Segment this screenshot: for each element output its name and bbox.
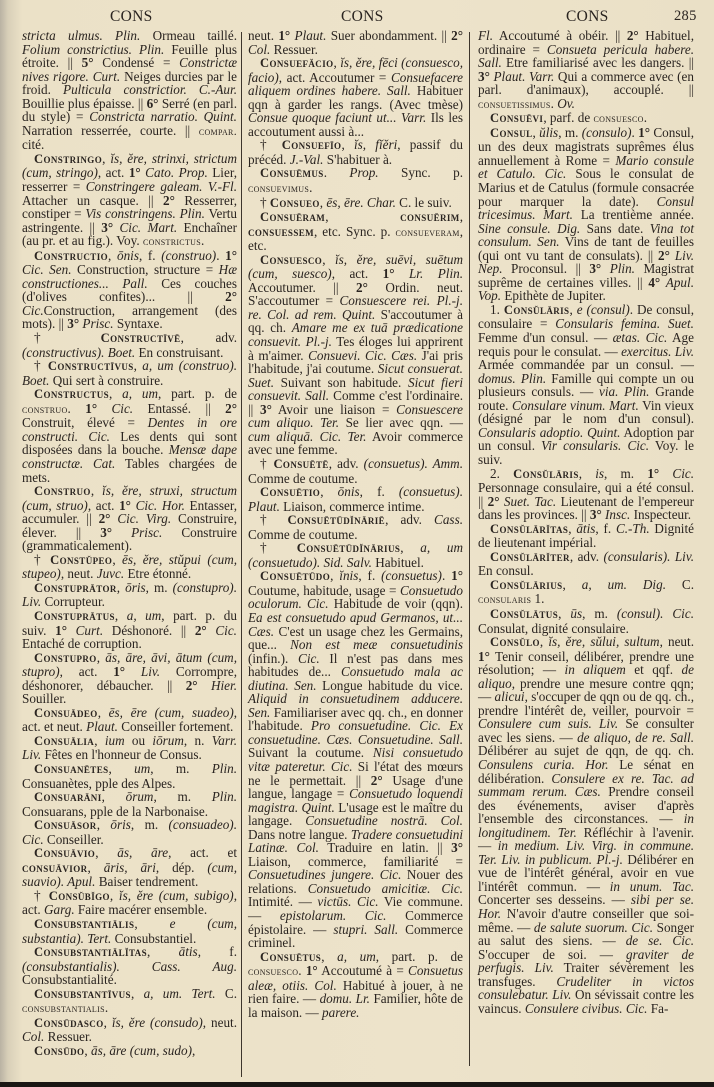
entry-headword: Consuētus [260, 950, 321, 964]
entry-text: Cic. [659, 466, 694, 481]
dictionary-entry: † Consuētē, adv. (consuetus). Amm. Comme… [248, 457, 463, 485]
entry-text: Vir consularis. Cic. [541, 438, 649, 453]
dictionary-entry: Consuefăcio, ĭs, ĕre, fēci (consuesco, f… [248, 56, 463, 138]
entry-text: , [97, 817, 111, 832]
entry-text: . [644, 110, 647, 125]
bottom-edge [0, 1082, 714, 1087]
entry-headword: Consuēmus [260, 166, 324, 180]
entry-text: parere. [322, 1005, 359, 1020]
entry-text: C.-Th. [616, 521, 650, 536]
entry-text: , m. [153, 789, 211, 804]
entry-text: Prop. [349, 165, 378, 180]
column-rule-left [241, 32, 242, 1077]
entry-text: 1. [531, 591, 544, 606]
dictionary-entry: Consŭlārĭtas, ātis, f. C.-Th. Dignité de… [478, 522, 694, 550]
entry-text: ŭlis [539, 125, 558, 140]
entry-text: compar. [199, 124, 237, 138]
entry-headword: Construo [34, 484, 91, 498]
dictionary-entry: Fl. Accoutumé à obéir. || 2° Habituel, o… [478, 29, 694, 111]
entry-text: , [115, 608, 127, 623]
entry-text: 1° [647, 466, 659, 481]
entry-text: 1. [490, 302, 504, 317]
entry-headword: Constuprātus [34, 609, 115, 623]
entry-text: ōnis [117, 248, 139, 263]
entry-text: , m. [604, 466, 647, 481]
entry-headword: Constructio [34, 249, 108, 263]
entry-text: ōrum [126, 789, 154, 804]
entry-text: , [558, 606, 570, 621]
entry-text: 2° [186, 678, 198, 693]
entry-text: , [104, 1015, 112, 1030]
entry-text: Corrupteur. [41, 594, 105, 609]
dictionary-entry: Construo, ĭs, ĕre, struxi, structum (cum… [22, 484, 237, 553]
entry-text: , f. [360, 484, 399, 499]
entry-text: † [34, 358, 48, 373]
entry-headword: Consūdo [34, 1044, 84, 1058]
entry-text: 1° [638, 125, 650, 140]
entry-text: , [108, 248, 117, 263]
dictionary-entry: Consuālia, ium ou iōrum, n. Varr. Liv. F… [22, 734, 237, 762]
entry-text: , [147, 944, 179, 959]
entry-text: stupri. Sall. [333, 922, 398, 937]
entry-text: , m. [131, 817, 169, 832]
entry-headword: Consuēram [260, 210, 325, 224]
entry-text: consubstantialis [22, 1001, 105, 1015]
entry-text: . [442, 568, 451, 583]
entry-headword: Constructīvus [48, 359, 134, 373]
entry-text: Syntaxe. [114, 316, 163, 331]
entry-text: ēs, ēre (cum, suadeo) [109, 705, 234, 720]
entry-text: , [341, 137, 354, 152]
entry-text: ĭs, ĕre (consudo) [112, 1015, 203, 1030]
dictionary-entry: Consuēram, consuērim, consuessem, etc. S… [248, 210, 463, 253]
column-right: Fl. Accoutumé à obéir. || 2° Habituel, o… [478, 29, 694, 1015]
entry-text: Plin. [212, 789, 237, 804]
entry-text: . [309, 180, 312, 195]
entry-text: Sync. p. [379, 165, 463, 180]
dictionary-entry: † Constructīvē, adv. (constructivus). Bo… [22, 331, 237, 359]
entry-headword: Constructīvē [101, 331, 181, 345]
entry-text: Hier. [198, 678, 237, 693]
entry-text: , [88, 860, 104, 875]
dictionary-entry: Consuētūdo, ĭnis, f. (consuetus). 1° Cou… [248, 569, 463, 949]
entry-text: ēs, ēre. Char. [326, 195, 395, 210]
dictionary-entry: † Consuefīo, ĭs, fĭĕri, passif du précéd… [248, 138, 463, 166]
entry-headword: Consubstantiālĭtas [34, 945, 147, 959]
entry-text: Ressuer. [270, 42, 318, 57]
dictionary-entry: Constupro, ās, āre, āvi, ātum (cum, stup… [22, 651, 237, 706]
entry-text: , [95, 845, 117, 860]
entry-text: , m. [582, 606, 617, 621]
dictionary-entry: Consuesco, ĭs, ĕre, suēvi, suētum (cum, … [248, 253, 463, 457]
dictionary-entry: Constringo, ĭs, ĕre, strinxi, strictum (… [22, 152, 237, 249]
entry-text: . [105, 1000, 108, 1015]
entry-text: , [400, 540, 420, 555]
entry-text: , m. [146, 580, 173, 595]
entry-text: , neut. [660, 634, 694, 649]
dictionary-entry: Constructio, ōnis, f. (construo). 1° Cic… [22, 249, 237, 331]
entry-text: , [321, 949, 337, 964]
entry-headword: Consuāvio [34, 846, 95, 860]
entry-text: , f. [358, 568, 381, 583]
entry-headword: Constuprātor [34, 581, 117, 595]
entry-text: . [68, 401, 86, 416]
entry-text: , [94, 733, 105, 748]
entry-text: ātis [576, 521, 595, 536]
dictionary-entry: neut. 1° Plaut. Suer abondamment. || 2° … [248, 29, 463, 56]
entry-text: , adv. [385, 512, 434, 527]
dictionary-entry: Consuarāni, ōrum, m. Plin. Consuarans, p… [22, 790, 237, 818]
entry-text: Cic. [207, 623, 237, 638]
dictionary-entry: † Consuētūdĭnārius, a, um (consuetudo). … [248, 541, 463, 569]
entry-text: , [460, 209, 463, 224]
dictionary-entry: † Consŭbĭgo, ĭs, ĕre (cum, subigo), act.… [22, 889, 237, 917]
entry-text: Col. [22, 1029, 44, 1044]
entry-text: 2° [225, 401, 237, 416]
entry-headword: Consuanētes [34, 762, 109, 776]
entry-text: ūs [570, 606, 582, 621]
entry-text: , [91, 483, 102, 498]
entry-headword: Consuādeo [34, 706, 98, 720]
dictionary-entry: 1. Consŭlāris, e (consul). De consul, co… [478, 303, 694, 467]
dictionary-entry: Consŭlo, ĭs, ĕre, sŭlui, sultum, neut. 1… [478, 635, 694, 1015]
dictionary-entry: 2. Consŭlāris, is, m. 1° Cic. Personnage… [478, 467, 694, 522]
dictionary-entry: Consŭlārius, a, um. Dig. C. consularis 1… [478, 578, 694, 607]
entry-headword: Consŭlārius [490, 578, 563, 592]
entry-text: 1° [225, 248, 237, 263]
entry-headword: Constringo [34, 152, 102, 166]
page-number: 285 [674, 8, 697, 25]
dictionary-entry: † Consuētūdĭnāriē, adv. Cass. Comme de c… [248, 513, 463, 541]
entry-headword: Consuēvi [490, 111, 543, 125]
entry-text: ās, āre [117, 845, 168, 860]
entry-text: , [109, 761, 135, 776]
entry-text: , dép. [156, 860, 207, 875]
entry-text: , adv. [329, 456, 364, 471]
entry-text: † [260, 540, 297, 555]
entry-text: a, um [122, 386, 158, 401]
entry-text: Plin. [212, 761, 237, 776]
entry-text: , f. [139, 248, 161, 263]
entry-headword: Consuētio [260, 485, 320, 499]
entry-headword: Consŭlārĭter [490, 550, 570, 564]
entry-text: ātis [179, 944, 198, 959]
entry-text: Accoutumé à = [318, 963, 408, 978]
entry-text: um [134, 761, 150, 776]
entry-text: , etc. Sync. p. [314, 224, 395, 239]
dictionary-entry: Consubstantīvus, a, um. Tert. C. consubs… [22, 987, 237, 1016]
entry-text: a, um [337, 949, 376, 964]
entry-headword: Consul [490, 126, 533, 140]
entry-text: , part. p. de [376, 949, 463, 964]
entry-text: consularis [478, 592, 531, 606]
entry-text: † [260, 456, 273, 471]
entry-text: C. le suiv. [396, 195, 452, 210]
entry-text: † [260, 512, 287, 527]
entry-headword: Consuefăcio [260, 56, 334, 70]
entry-text: Narration resserrée, courte. || [22, 123, 199, 138]
entry-text: , parf. de [543, 110, 593, 125]
entry-text: consueveram [396, 225, 460, 239]
entry-text: construo [22, 402, 68, 416]
entry-text: ōris [125, 580, 146, 595]
entry-text: , [84, 1043, 91, 1058]
entry-text: , part. p. de [158, 386, 237, 401]
entry-text: 1° [306, 963, 318, 978]
entry-text: , [322, 252, 335, 267]
entry-text: Cic. [97, 401, 133, 416]
entry-text: (consuetus) [381, 568, 442, 583]
entry-headword: Consŭlāris [513, 467, 579, 481]
entry-headword: Consubstantīvus [34, 987, 131, 1001]
entry-text: Cass. [434, 512, 463, 527]
entry-text: ĭs, ĕre (cum, subigo) [119, 888, 234, 903]
dictionary-entry: Consuēvi, parf. de consuesco. [478, 111, 694, 126]
entry-text: , [134, 916, 169, 931]
entry-text: (consul). Cic. [617, 606, 694, 621]
dictionary-entry: Consūdo, ās, āre (cum, sudo), [22, 1044, 237, 1059]
entry-text: a, um. Dig. [582, 577, 666, 592]
entry-text: constrictus [143, 234, 201, 248]
entry-headword: Consŭlārĭtas [490, 522, 568, 536]
entry-text: Consubstantialité. [22, 972, 117, 987]
entry-headword: Consueo [270, 196, 320, 210]
entry-text: . [298, 963, 306, 978]
entry-text: ĭs, fĭĕri [354, 137, 397, 152]
entry-headword: Consŭlātus [490, 607, 558, 621]
dictionary-entry: † Constŭpeo, ēs, ĕre, stŭpui (cum, stupe… [22, 553, 237, 581]
dictionary-entry: Consubstantiālĭtas, ātis, f. (consubstan… [22, 945, 237, 987]
entry-text: . [324, 165, 350, 180]
entry-text: , f. [198, 944, 237, 959]
entry-text: 2° [451, 28, 463, 43]
entry-text: 2. [490, 466, 513, 481]
entry-text: Garg. [44, 902, 75, 917]
entry-text: Ov. [557, 96, 575, 111]
entry-text: (consulo) [582, 125, 632, 140]
running-head-left: CONS [110, 8, 153, 26]
entry-text: C. [666, 577, 694, 592]
column-rule-right [469, 32, 470, 1066]
entry-headword: Consŭlo [490, 635, 540, 649]
dictionary-entry: Constuprātor, ōris, m. (constupro). Liv.… [22, 581, 237, 609]
entry-headword: consuessem [248, 225, 314, 239]
entry-text: 1° [451, 568, 463, 583]
dictionary-page: CONS CONS CONS 285 stricta ulmus. Plin. … [0, 0, 714, 1087]
entry-text: e (consul) [577, 302, 630, 317]
entry-text: . [216, 248, 225, 263]
entry-text: , [563, 577, 582, 592]
dictionary-entry: Consūdasco, ĭs, ĕre (consudo), neut. Col… [22, 1016, 237, 1044]
entry-text: ĭs, ĕre, sŭlui, sultum [548, 634, 659, 649]
entry-text: Consulere civibus. Cic. [525, 1001, 648, 1016]
dictionary-entry: Consubstantiālis, e (cum, substantia). T… [22, 917, 237, 945]
dictionary-entry: Consuēmus. Prop. Sync. p. consuevimus. [248, 166, 463, 195]
entry-headword: Consubstantiālis [34, 917, 134, 931]
dictionary-entry: stricta ulmus. Plin. Ormeau taillé. Foli… [22, 29, 237, 152]
entry-text: , [117, 580, 125, 595]
entry-headword: Consuesco [260, 253, 322, 267]
entry-text: , act. et [168, 845, 237, 860]
column-left: stricta ulmus. Plin. Ormeau taillé. Foli… [22, 29, 237, 1058]
entry-text: 1° [85, 401, 97, 416]
entry-text: , m. [150, 761, 211, 776]
entry-headword: Consuefīo [282, 138, 342, 152]
dictionary-entry: Consuanētes, um, m. Plin. Consuanètes, p… [22, 762, 237, 790]
dictionary-entry: Consuētio, ōnis, f. (consuetus). Plaut. … [248, 485, 463, 513]
dictionary-entry: † Consueo, ēs, ēre. Char. C. le suiv. [248, 196, 463, 211]
running-head-right: CONS [566, 8, 609, 26]
entry-headword: Consuētūdĭnāriē [287, 513, 385, 527]
entry-text: , [98, 705, 109, 720]
entry-text: C. [216, 986, 237, 1001]
entry-headword: Constŭpeo [50, 553, 112, 567]
entry-text: , [320, 484, 337, 499]
entry-headword: Consuālia [34, 734, 94, 748]
entry-text: ĭnis [339, 568, 358, 583]
entry-text: a, um. Tert. [144, 986, 216, 1001]
entry-headword: consuērim [400, 210, 460, 224]
entry-headword: Consuāsor [34, 818, 97, 832]
dictionary-entry: Consŭlātus, ūs, m. (consul). Cic. Consul… [478, 607, 694, 635]
entry-text: † [34, 552, 50, 567]
entry-text: (consularis). Liv. [603, 549, 694, 564]
entry-text: , [110, 888, 119, 903]
entry-headword: Consuētē [273, 457, 328, 471]
entry-text: ās, āre (cum, sudo) [91, 1043, 192, 1058]
entry-text: ōris [110, 817, 131, 832]
entry-text: , [109, 386, 122, 401]
dictionary-entry: Consul, ŭlis, m. (consulo). 1° Consul, u… [478, 126, 694, 303]
entry-text: , [102, 789, 126, 804]
entry-text: a, um [127, 608, 162, 623]
dictionary-entry: † Constructīvus, a, um (construo). Boet.… [22, 359, 237, 387]
entry-text: , neut. [203, 1015, 237, 1030]
dictionary-entry: Consuētus, a, um, part. p. de consuesco.… [248, 950, 463, 1020]
entry-text: , f. [595, 521, 616, 536]
entry-text: is [595, 466, 604, 481]
entry-text: , [330, 568, 339, 583]
entry-text: consuesco [248, 964, 298, 978]
entry-headword: Consŭbĭgo [49, 889, 110, 903]
entry-text: , [131, 986, 144, 1001]
dictionary-entry: Consŭlārĭter, adv. (consularis). Liv. En… [478, 550, 694, 578]
entry-text: (construo) [161, 248, 216, 263]
entry-text: † [260, 195, 270, 210]
entry-headword: Constupro [34, 651, 97, 665]
dictionary-entry: Constuprātus, a, um, part. p. du suiv. 1… [22, 609, 237, 651]
entry-text: consuevimus [248, 181, 309, 195]
entry-text: † [34, 888, 49, 903]
entry-headword: Consuētūdĭnārius [297, 541, 401, 555]
dictionary-entry: Consuāvio, ās, āre, act. et consuāvior, … [22, 846, 237, 889]
entry-text: Suer abondamment. || [326, 28, 451, 43]
entry-text: consuetissimus [478, 97, 551, 111]
entry-text: , m. [558, 125, 582, 140]
entry-text: 2° [195, 623, 207, 638]
entry-text: consuesco [593, 111, 643, 125]
entry-text: ōnis [338, 484, 360, 499]
entry-text: , n. [184, 733, 212, 748]
entry-text: , [579, 466, 596, 481]
entry-text: ium [105, 733, 125, 748]
entry-text: † [34, 330, 101, 345]
dictionary-entry: Constructus, a, um, part. p. de construo… [22, 387, 237, 484]
entry-text: † [260, 137, 282, 152]
entry-text: Col. [248, 42, 270, 57]
entry-headword: Consuētūdo [260, 569, 330, 583]
entry-text: . [201, 233, 204, 248]
entry-text: , [112, 552, 122, 567]
entry-text: (consuetus). Amm. [364, 456, 463, 471]
entry-headword: Constructus [34, 387, 109, 401]
dictionary-entry: Consuādeo, ēs, ēre (cum, suadeo), act. e… [22, 706, 237, 734]
entry-headword: Consŭlāris [504, 303, 570, 317]
entry-text: , [192, 1043, 195, 1058]
entry-headword: consuāvior [22, 861, 88, 875]
entry-text: En consul. [478, 563, 534, 578]
entry-text: iōrum [152, 733, 184, 748]
column-middle: neut. 1° Plaut. Suer abondamment. || 2° … [248, 29, 463, 1019]
entry-text: , [134, 358, 143, 373]
entry-text: , adv. [570, 549, 604, 564]
entry-text: J.-Val. [290, 152, 324, 167]
entry-text: , [97, 650, 106, 665]
entry-text: āris, āri [104, 860, 156, 875]
entry-text: Souiller. [22, 691, 66, 706]
entry-text: Fa- [647, 1001, 668, 1016]
entry-text: Entassé. || [133, 401, 225, 416]
entry-text: , neut. [61, 566, 97, 581]
entry-headword: Consuarāni [34, 790, 102, 804]
entry-headword: Consūdasco [34, 1016, 104, 1030]
entry-text: ou [125, 733, 153, 748]
running-head-middle: CONS [341, 8, 384, 26]
dictionary-entry: Consuāsor, ōris, m. (consuadeo). Cic. Co… [22, 818, 237, 846]
entry-text: , [325, 209, 400, 224]
entry-text: cité. [22, 137, 44, 152]
running-head: CONS CONS CONS 285 [0, 8, 714, 28]
entry-text: , adv. [181, 330, 237, 345]
entry-text: 4° [648, 275, 660, 290]
entry-text: , [569, 302, 576, 317]
